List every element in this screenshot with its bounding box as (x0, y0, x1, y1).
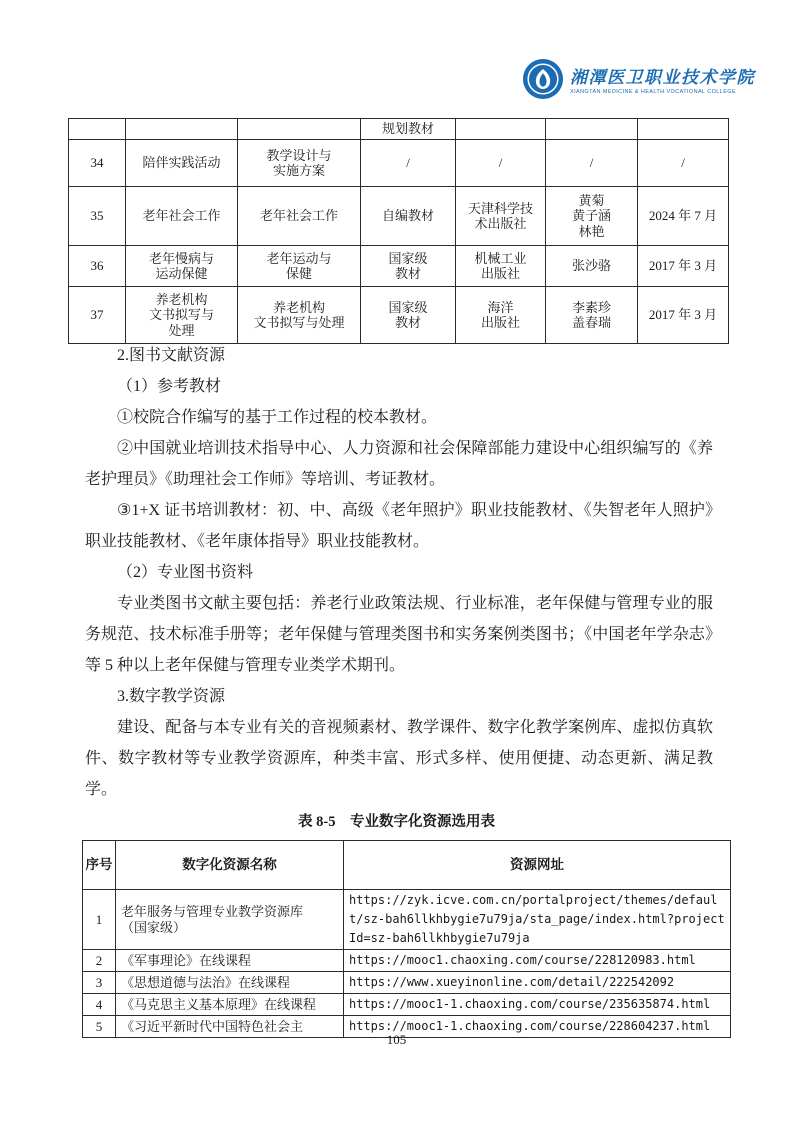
heading-digital-resources: 3.数字教学资源 (85, 681, 713, 712)
table-cell: 张沙骆 (546, 246, 638, 287)
table-cell: 陪伴实践活动 (126, 140, 238, 187)
table-cell: 《思想道德与法治》在线课程 (116, 972, 344, 994)
table-cell: 4 (83, 994, 116, 1016)
digital-resource-table: 序号 数字化资源名称 资源网址 1 老年服务与管理专业教学资源库 （国家级） h… (82, 840, 731, 1038)
table-row: 37 养老机构 文书拟写与 处理 养老机构 文书拟写与处理 国家级 教材 海洋 … (69, 287, 729, 344)
table-cell: 老年社会工作 (238, 187, 361, 246)
table-row: 2 《军事理论》在线课程 https://mooc1.chaoxing.com/… (83, 950, 731, 972)
table-cell: 《马克思主义基本原理》在线课程 (116, 994, 344, 1016)
heading-reference-textbooks: （1）参考教材 (85, 371, 713, 402)
textbook-table: 规划教材 34 陪伴实践活动 教学设计与 实施方案 / / / / 35 老年社… (68, 118, 729, 344)
body-text: 2.图书文献资源 （1）参考教材 ①校院合作编写的基于工作过程的校本教材。 ②中… (85, 340, 713, 805)
table-row: 4 《马克思主义基本原理》在线课程 https://mooc1-1.chaoxi… (83, 994, 731, 1016)
table-cell: 机械工业 出版社 (456, 246, 546, 287)
document-page: 湘潭医卫职业技术学院 XIANGTAN MEDICINE & HEALTH VO… (0, 0, 793, 1122)
table-cell: / (361, 140, 456, 187)
school-logo: 湘潭医卫职业技术学院 XIANGTAN MEDICINE & HEALTH VO… (522, 58, 755, 105)
column-header-no: 序号 (83, 841, 116, 890)
paragraph-digital-resources: 建设、配备与本专业有关的音视频素材、教学课件、数字化教学案例库、虚拟仿真软件、数… (85, 712, 713, 805)
table-cell: / (638, 140, 729, 187)
school-name-en: XIANGTAN MEDICINE & HEALTH VOCATIONAL CO… (570, 88, 755, 96)
paragraph-item-1: ①校院合作编写的基于工作过程的校本教材。 (85, 402, 713, 433)
column-header-name: 数字化资源名称 (116, 841, 344, 890)
table-cell: 2024 年 7 月 (638, 187, 729, 246)
table-row: 规划教材 (69, 119, 729, 140)
table-cell: 规划教材 (361, 119, 456, 140)
table-caption: 表 8-5 专业数字化资源选用表 (0, 810, 793, 831)
table-cell: 老年运动与 保健 (238, 246, 361, 287)
table-cell: 2017 年 3 月 (638, 246, 729, 287)
table-cell: 《军事理论》在线课程 (116, 950, 344, 972)
school-emblem-icon (522, 58, 564, 105)
table-cell: 国家级 教材 (361, 287, 456, 344)
table-cell: / (456, 140, 546, 187)
table-header-row: 序号 数字化资源名称 资源网址 (83, 841, 731, 890)
table-cell: 国家级 教材 (361, 246, 456, 287)
table-cell: 天津科学技 术出版社 (456, 187, 546, 246)
table-cell: 1 (83, 890, 116, 950)
table-cell: 李素珍 盖春瑞 (546, 287, 638, 344)
table-cell: 老年慢病与 运动保健 (126, 246, 238, 287)
table-cell: 自编教材 (361, 187, 456, 246)
resource-url: https://mooc1-1.chaoxing.com/course/2356… (344, 994, 731, 1016)
table-cell (638, 119, 729, 140)
table-cell: 海洋 出版社 (456, 287, 546, 344)
table-row: 34 陪伴实践活动 教学设计与 实施方案 / / / / (69, 140, 729, 187)
table-cell: 34 (69, 140, 126, 187)
heading-book-resources: 2.图书文献资源 (85, 340, 713, 371)
resource-url: https://www.xueyinonline.com/detail/2225… (344, 972, 731, 994)
table-cell: 36 (69, 246, 126, 287)
table-cell: 2 (83, 950, 116, 972)
paragraph-item-3: ③1+X 证书培训教材：初、中、高级《老年照护》职业技能教材、《失智老年人照护》… (85, 495, 713, 557)
table-cell: 黄菊 黄子涵 林艳 (546, 187, 638, 246)
table-cell: 37 (69, 287, 126, 344)
table-row: 36 老年慢病与 运动保健 老年运动与 保健 国家级 教材 机械工业 出版社 张… (69, 246, 729, 287)
resource-url: https://mooc1.chaoxing.com/course/228120… (344, 950, 731, 972)
table-cell (69, 119, 126, 140)
table-cell: 养老机构 文书拟写与 处理 (126, 287, 238, 344)
school-name: 湘潭医卫职业技术学院 XIANGTAN MEDICINE & HEALTH VO… (570, 68, 755, 96)
table-cell (546, 119, 638, 140)
table-row: 3 《思想道德与法治》在线课程 https://www.xueyinonline… (83, 972, 731, 994)
table-cell: 养老机构 文书拟写与处理 (238, 287, 361, 344)
resource-url: https://zyk.icve.com.cn/portalproject/th… (344, 890, 731, 950)
table-row: 35 老年社会工作 老年社会工作 自编教材 天津科学技 术出版社 黄菊 黄子涵 … (69, 187, 729, 246)
table-cell: 教学设计与 实施方案 (238, 140, 361, 187)
table-cell: 老年服务与管理专业教学资源库 （国家级） (116, 890, 344, 950)
page-number: 105 (0, 1032, 793, 1048)
table-cell: 35 (69, 187, 126, 246)
heading-professional-books: （2）专业图书资料 (85, 557, 713, 588)
paragraph-professional-books: 专业类图书文献主要包括：养老行业政策法规、行业标准，老年保健与管理专业的服务规范… (85, 588, 713, 681)
column-header-url: 资源网址 (344, 841, 731, 890)
table-row: 1 老年服务与管理专业教学资源库 （国家级） https://zyk.icve.… (83, 890, 731, 950)
table-cell (456, 119, 546, 140)
school-name-cn: 湘潭医卫职业技术学院 (570, 68, 755, 88)
table-cell: 2017 年 3 月 (638, 287, 729, 344)
paragraph-item-2: ②中国就业培训技术指导中心、人力资源和社会保障部能力建设中心组织编写的《养老护理… (85, 433, 713, 495)
table-cell: / (546, 140, 638, 187)
table-cell (126, 119, 238, 140)
table-cell (238, 119, 361, 140)
table-cell: 3 (83, 972, 116, 994)
table-cell: 老年社会工作 (126, 187, 238, 246)
